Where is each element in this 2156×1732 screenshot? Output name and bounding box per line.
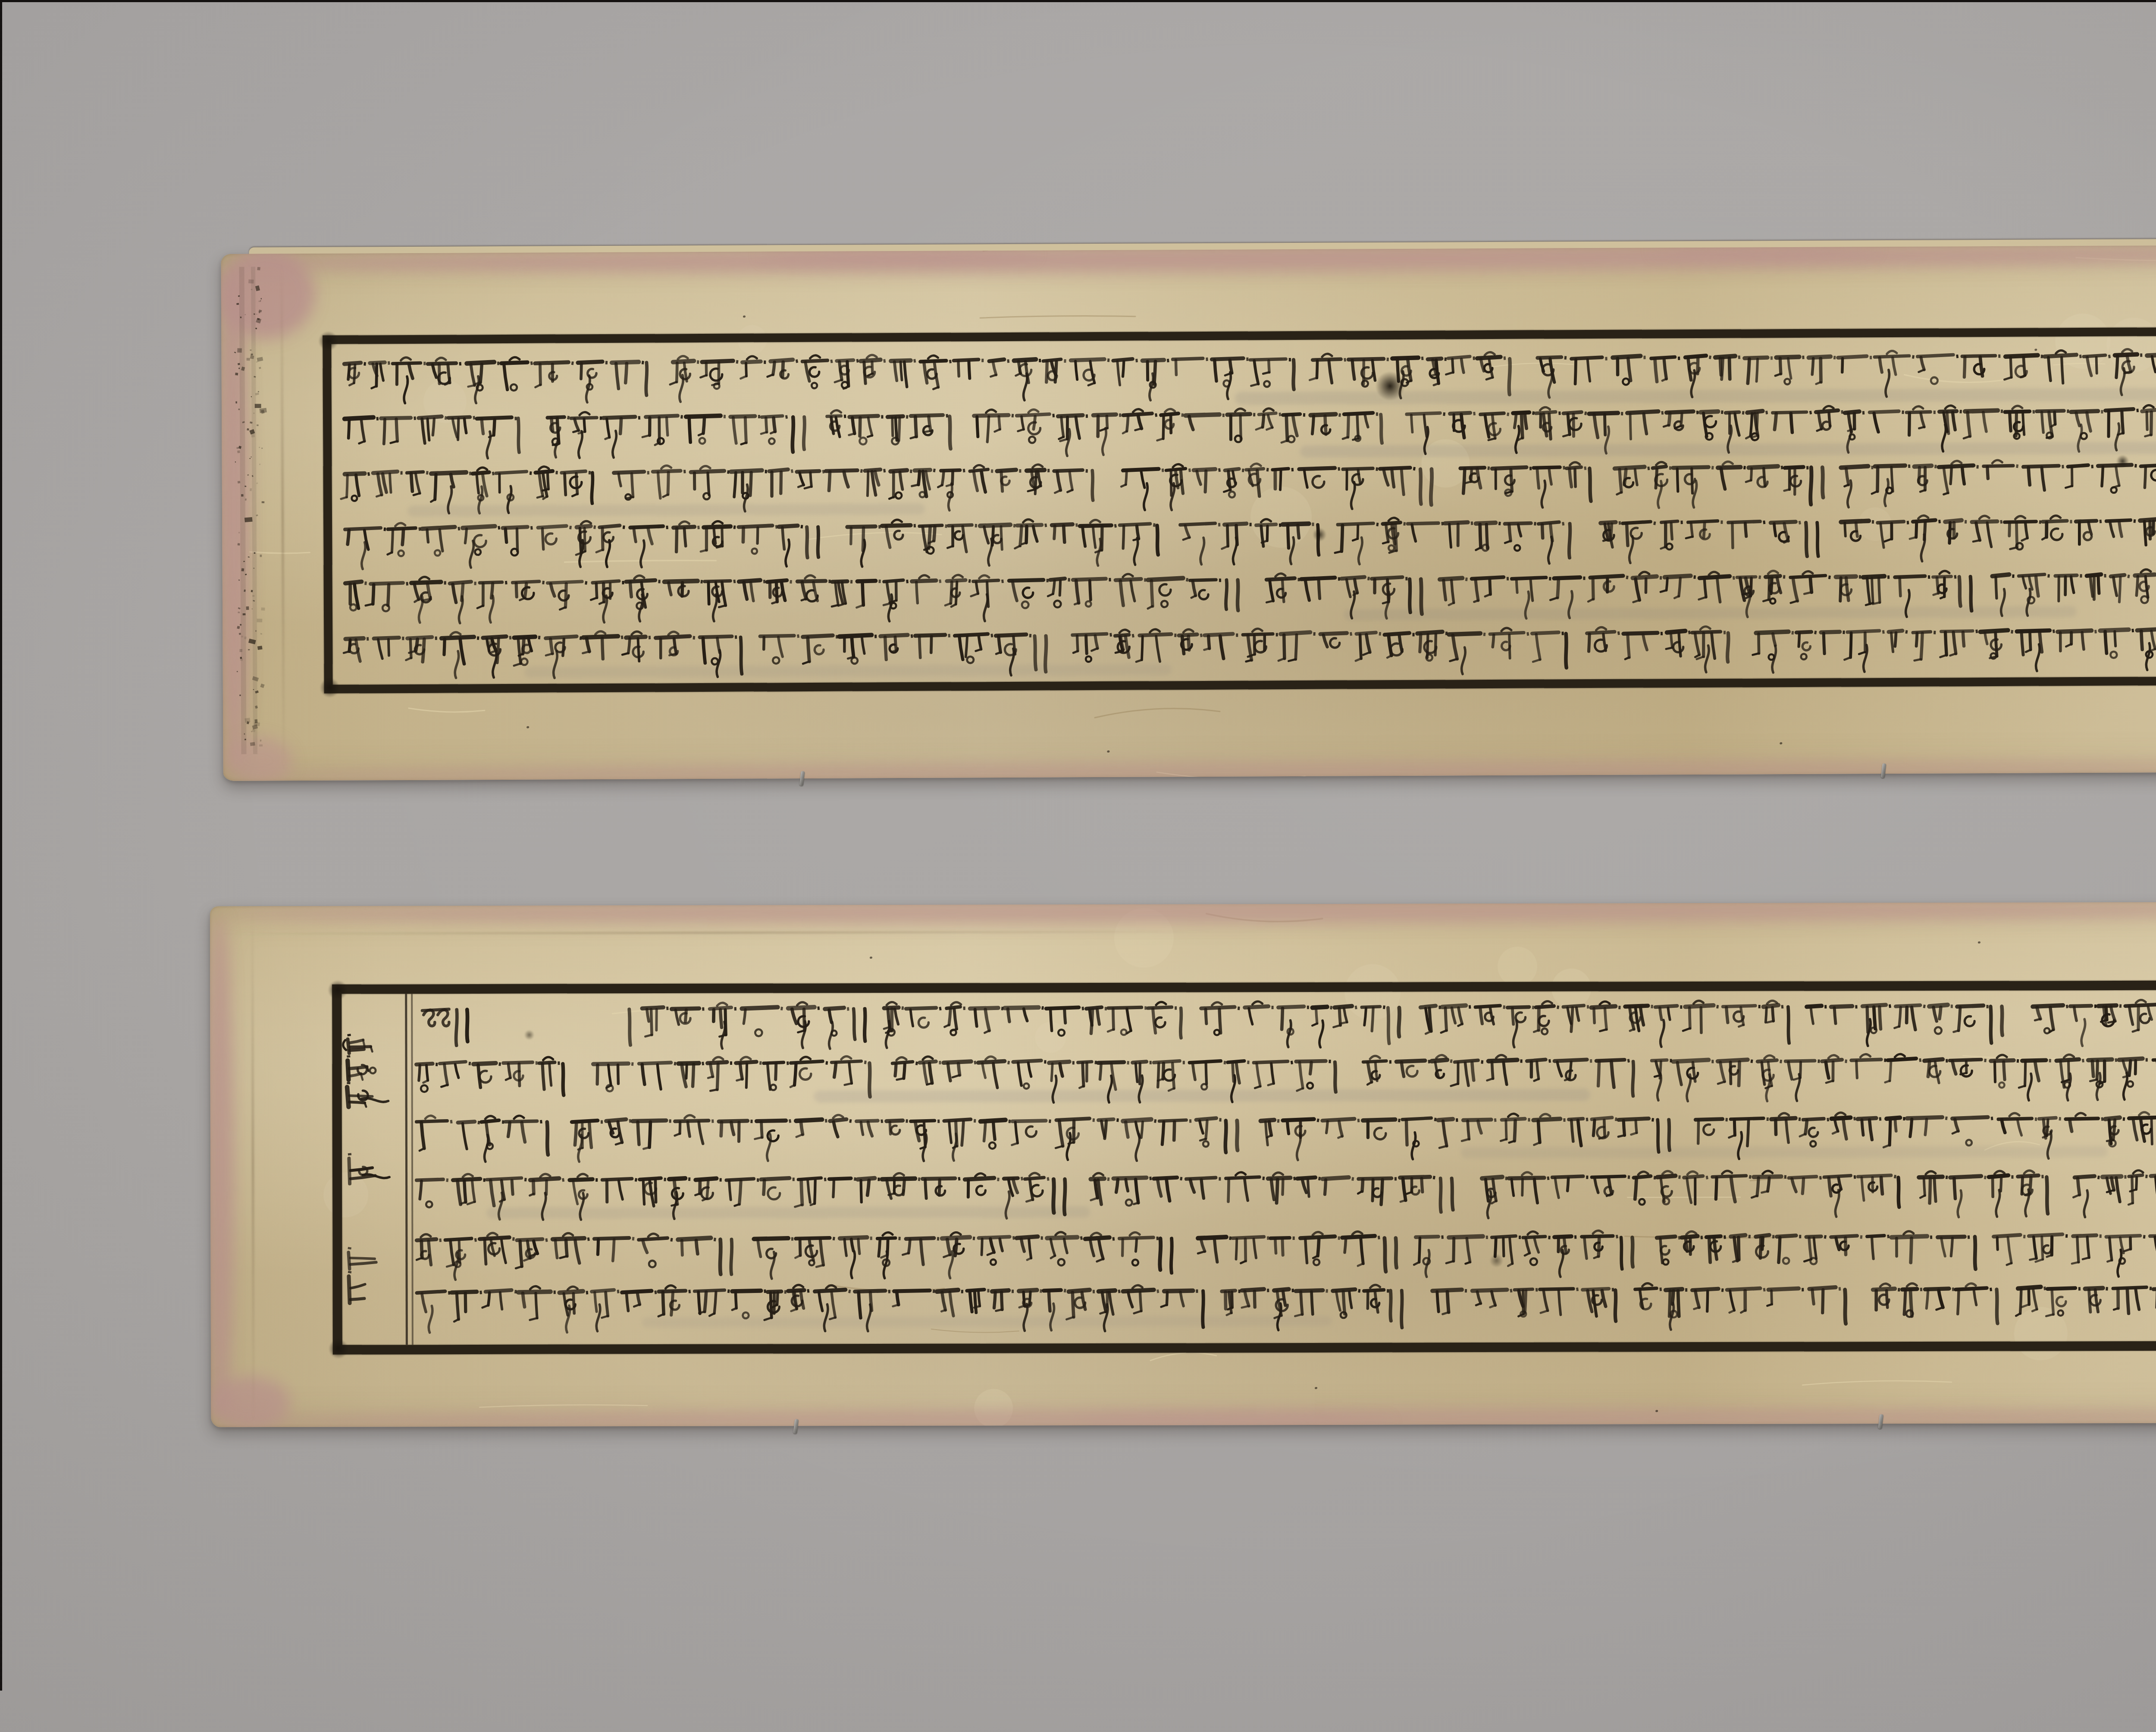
ink-blotch [524, 1030, 534, 1040]
margin-title-vertical-text [344, 1238, 396, 1305]
frame-corner-ink [328, 980, 348, 1000]
margin-title-vertical-text [344, 1142, 396, 1185]
photo-top-edge-line [0, 0, 2156, 2]
tibetan-text-line [416, 1055, 2156, 1124]
folio-paper-surface [210, 902, 2156, 1427]
folio-paper-surface [221, 245, 2156, 781]
ink-blotch [485, 638, 495, 648]
photograph [0, 0, 2156, 1732]
ink-blotch [1489, 1254, 1503, 1268]
ink-blotch [2116, 455, 2129, 468]
frame-corner-ink [318, 331, 338, 351]
ink-blotch [1376, 371, 1405, 401]
pink-dye-edge-tint [210, 1376, 291, 1427]
photo-left-edge-line [0, 0, 2, 1691]
smudged-border-band [229, 267, 268, 754]
frame-corner-ink [320, 678, 340, 698]
frame-corner-ink [329, 1339, 348, 1359]
tibetan-text-line [417, 1284, 2156, 1352]
ink-blotch [1313, 528, 1326, 542]
margin-title-vertical-text [344, 1026, 395, 1108]
tibetan-text-line [417, 1172, 2156, 1240]
bottom-folio [210, 902, 2156, 1427]
top-folio [221, 245, 2156, 781]
tibetan-text-line [345, 626, 2156, 699]
tibetan-text-line [417, 1114, 2156, 1182]
